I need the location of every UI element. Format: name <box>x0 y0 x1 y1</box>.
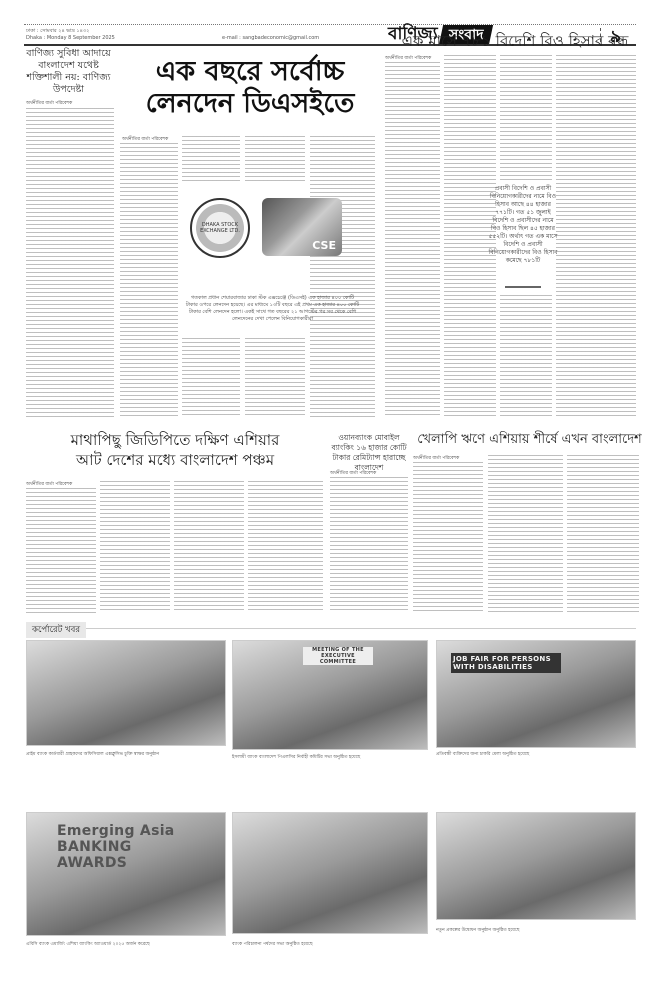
lead-body-col1 <box>120 143 178 418</box>
default-loan-body-col1 <box>413 462 483 613</box>
date-bangla: ঢাকা : সোমবার ২৪ ভাদ্র ১৪৩২ <box>26 28 115 35</box>
right-body-col3-top <box>500 55 552 180</box>
corporate-photo-6[interactable] <box>436 812 636 920</box>
gdp-body-col3 <box>174 481 244 613</box>
corporate-photo-2[interactable]: MEETING OF THE EXECUTIVE COMMITTEE <box>232 640 428 750</box>
corporate-caption-6: নতুন প্রকল্পের উদ্বোধন অনুষ্ঠান অনুষ্ঠিত… <box>436 928 636 978</box>
corporate-caption-1: প্রাইম ব্যাংক কার্ডধারী গ্রাহকদের অফিসিয… <box>26 752 226 792</box>
left-article-byline: অর্থনীতির বার্তা পরিবেশক <box>26 100 72 107</box>
date-english: Dhaka : Monday 8 September 2025 <box>26 35 115 42</box>
corporate-caption-2: ইসলামী ব্যাংক বাংলাদেশ পিএলসির নির্বাহী … <box>232 755 428 795</box>
lead-body-col2-top <box>182 136 240 181</box>
masthead-dotted-rule <box>24 24 636 25</box>
lead-headline[interactable]: এক বছরে সর্বোচ্চ লেনদেন ডিএসইতে <box>140 56 360 120</box>
right-body-col4 <box>556 55 636 418</box>
corporate-photo-3[interactable]: JOB FAIR FOR PERSONS WITH DISABILITIES <box>436 640 636 748</box>
remittance-headline[interactable]: ওয়ানব্যাংক মোবাইল ব্যাংকিং ১৬ হাজার কোট… <box>330 433 408 473</box>
left-article-headline[interactable]: বাণিজ্য সুবিধা আদায়ে বাংলাদেশ যথেষ্ট শক… <box>26 48 111 96</box>
lead-image-caption: গতকাল প্রধান শেয়ারবাজার ঢাকা স্টক এক্সচ… <box>185 295 360 323</box>
lead-byline: অর্থনীতির বার্তা পরিবেশক <box>122 136 168 143</box>
default-loan-byline: অর্থনীতির বার্তা পরিবেশক <box>413 455 459 462</box>
right-article-byline: অর্থনীতির বার্তা পরিবেশক <box>385 55 431 62</box>
lead-body-col4 <box>310 136 375 418</box>
corporate-photo-5[interactable] <box>232 812 428 934</box>
corporate-caption-3: প্রতিবন্ধী ব্যক্তিদের জন্য চাকরি মেলা অন… <box>436 752 636 797</box>
corporate-caption-4: এবিসি ব্যাংক এমার্জিং এশিয়া ব্যাংকিং অ্… <box>26 942 226 982</box>
gdp-headline[interactable]: মাথাপিছু জিডিপিতে দক্ষিণ এশিয়ার আট দেশে… <box>40 430 310 470</box>
cse-logo: CSE <box>262 198 342 256</box>
masthead-email[interactable]: e-mail : sangbadeconomic@gmail.com <box>222 35 319 41</box>
default-loan-body-col3 <box>567 455 639 613</box>
corporate-photo-1[interactable] <box>26 640 226 746</box>
lead-body-col3-bottom <box>245 338 305 418</box>
lead-body-col2-bottom <box>182 338 240 418</box>
corporate-section-rule <box>26 628 636 629</box>
right-body-col1 <box>385 62 440 418</box>
job-fair-banner: JOB FAIR FOR PERSONS WITH DISABILITIES <box>451 653 561 673</box>
pull-quote: প্রবাসী বিদেশি ও প্রবাসী বিনিয়োগকারীদের… <box>488 185 558 265</box>
gdp-body-col2 <box>100 481 170 613</box>
corporate-caption-5: ব্যাংক পরিচালনা পর্ষদের সভা অনুষ্ঠিত হয়… <box>232 942 428 982</box>
right-article-headline[interactable]: এক মাসে ৭৮১ বিদেশি বিও হিসাব বন্ধ <box>385 32 645 50</box>
remittance-byline: অর্থনীতির বার্তা পরিবেশক <box>330 470 376 477</box>
lead-body-col3-top <box>245 136 305 181</box>
meeting-banner: MEETING OF THE EXECUTIVE COMMITTEE <box>303 647 373 665</box>
default-loan-headline[interactable]: খেলাপি ঋণে এশিয়ায় শীর্ষে এখন বাংলাদেশ <box>412 432 647 448</box>
gdp-byline: অর্থনীতির বার্তা পরিবেশক <box>26 481 72 488</box>
dse-logo: DHAKA STOCK EXCHANGE LTD. <box>190 198 250 258</box>
masthead-date: ঢাকা : সোমবার ২৪ ভাদ্র ১৪৩২ Dhaka : Mond… <box>26 28 115 42</box>
award-banner: Emerging Asia BANKING AWARDS <box>57 823 177 871</box>
pull-quote-rule <box>505 286 541 288</box>
corporate-section-label: কর্পোরেট খবর <box>26 622 86 638</box>
right-body-col3-bottom <box>500 295 552 418</box>
remittance-body <box>330 477 408 613</box>
corporate-photo-4[interactable]: Emerging Asia BANKING AWARDS <box>26 812 226 936</box>
gdp-body-col4 <box>248 481 323 613</box>
default-loan-body-col2 <box>488 455 563 613</box>
left-article-body <box>26 108 114 418</box>
gdp-body-col1 <box>26 488 96 613</box>
